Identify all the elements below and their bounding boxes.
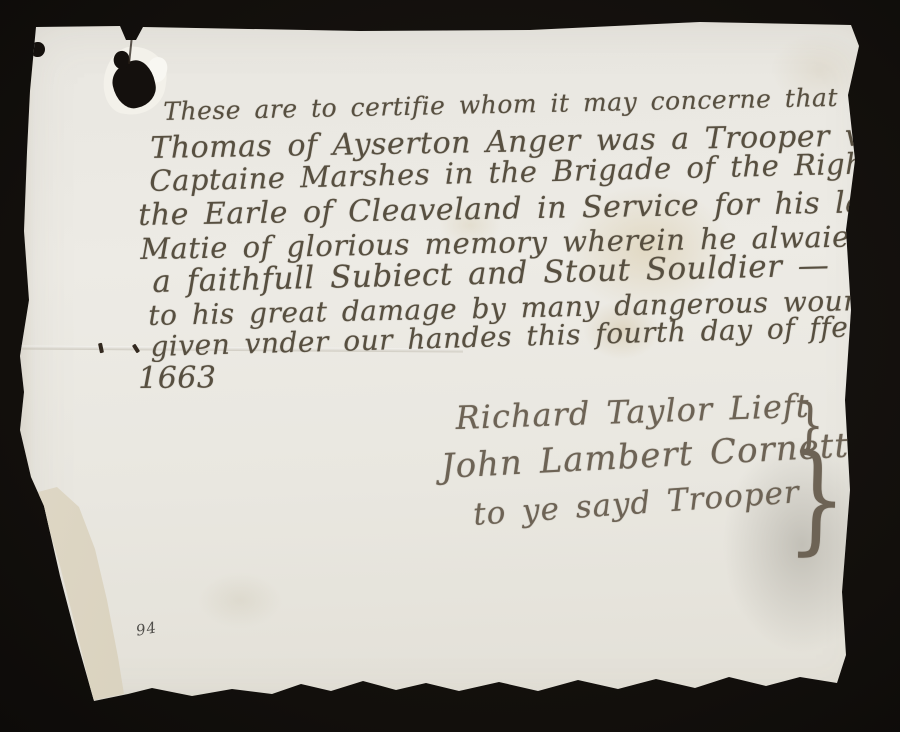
tear-tick [132,344,140,354]
signature-brace-icon: } [786,428,848,569]
manuscript-line: 1663 [138,360,217,396]
manuscript-paper: These are to certifie whom it may concer… [0,0,900,732]
tear-tick [98,343,104,354]
photograph-background: These are to certifie whom it may concer… [0,0,900,732]
folio-number: 94 [135,618,159,639]
signature-line: to ye sayd Trooper [472,474,801,533]
edge-hole [31,42,45,57]
